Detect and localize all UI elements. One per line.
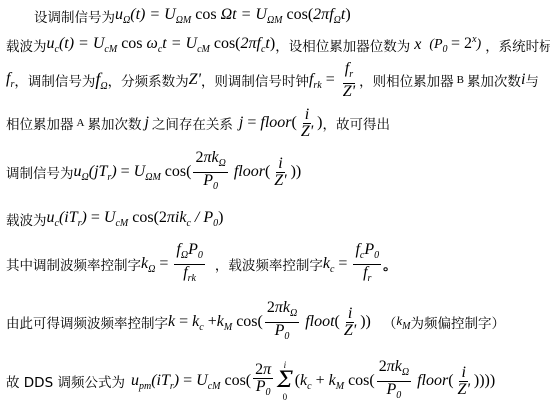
- acc-b: B: [457, 74, 464, 86]
- acc-a: A: [77, 117, 85, 129]
- text: ，系统时标为: [485, 35, 550, 55]
- text: ，分频系数为: [108, 70, 189, 90]
- formula-dds: upm(iTr) = UcM cos(2πP0iΣ0(kc + kM cos(2…: [131, 359, 495, 404]
- line-control-words: 其中调制波频率控制字 kΩ = fΩP0frk ，载波频率控制字 kc = fc…: [6, 244, 397, 284]
- text: ，则调制信号时钟: [201, 70, 309, 90]
- text: 设调制信号为: [34, 6, 115, 26]
- text: 累加次数: [467, 70, 521, 90]
- formula-j-floor: j = floor(iZ'): [239, 107, 323, 140]
- var-fr: fr: [6, 70, 14, 90]
- text: ，故可得出: [323, 113, 391, 133]
- text: ，则相位累加器: [359, 70, 454, 90]
- var-z: Z': [189, 71, 201, 89]
- text: 为频偏控制字）: [410, 312, 505, 332]
- text: 载波为: [6, 209, 47, 229]
- var-j: j: [144, 114, 148, 132]
- line-modulating-signal-def: 设调制信号为 uΩ(t) = UΩM cos Ωt = UΩM cos(2πfΩ…: [34, 6, 351, 26]
- formula-u-omega-jtr: uΩ(jTr) = UΩM cos(2πkΩP0 floor(iZ')): [74, 150, 302, 195]
- line-clock-def: fr ，调制信号为 fΩ ，分频系数为 Z' ，则调制信号时钟 frk = fr…: [6, 60, 539, 100]
- var-kM: kM: [396, 313, 410, 332]
- text: ，设相位累加器位数为: [275, 35, 410, 55]
- formula-carrier: uc(t) = UcM cos ωct = UcM cos(2πfct): [47, 35, 276, 55]
- formula-frk: frk = frZ': [309, 61, 359, 100]
- text: 调制信号为: [6, 162, 74, 182]
- var-f-omega: fΩ: [95, 69, 107, 92]
- text: 其中调制波频率控制字: [6, 254, 141, 274]
- text: 与: [525, 70, 539, 90]
- formula-k: k = kc +kM cos(2πkΩP0 floot(iZ')): [168, 300, 371, 345]
- text: 载波为: [6, 35, 47, 55]
- text: 。: [383, 254, 397, 274]
- line-relation: 相位累加器 A 累加次数 j 之间存在关系 j = floor(iZ') ，故可…: [6, 103, 390, 143]
- text: 之间存在关系: [152, 113, 233, 133]
- var-x: x: [414, 36, 421, 54]
- line-modulating-discrete: 调制信号为 uΩ(jTr) = UΩM cos(2πkΩP0 floor(iZ'…: [6, 152, 301, 192]
- line-fm-control-word: 由此可得调频波频率控制字 k = kc +kM cos(2πkΩP0 floot…: [6, 300, 505, 344]
- formula-p0: (P0 = 2x): [429, 34, 481, 55]
- text: （: [383, 312, 397, 332]
- line-carrier-def: 载波为 uc(t) = UcM cos ωct = UcM cos(2πfct)…: [6, 34, 550, 55]
- line-carrier-discrete: 载波为 uc(iTr) = UcM cos(2πikc / P0): [6, 207, 223, 231]
- formula-k-omega: kΩ = fΩP0frk: [141, 242, 207, 287]
- text: 累加次数: [87, 113, 141, 133]
- formula-kc: kc = fcP0fr: [323, 242, 383, 287]
- formula-u-omega-t: uΩ(t) = UΩM cos Ωt = UΩM cos(2πfΩt): [115, 6, 351, 26]
- text: 相位累加器: [6, 113, 74, 133]
- line-dds-formula: 故 DDS 调频公式为 upm(iTr) = UcM cos(2πP0iΣ0(k…: [6, 358, 495, 404]
- text: ，调制信号为: [14, 70, 95, 90]
- text: 故 DDS 调频公式为: [6, 371, 125, 391]
- formula-carrier-itr: uc(iTr) = UcM cos(2πikc / P0): [47, 209, 224, 229]
- text: 由此可得调频波频率控制字: [6, 312, 168, 332]
- text: ，载波频率控制字: [215, 254, 323, 274]
